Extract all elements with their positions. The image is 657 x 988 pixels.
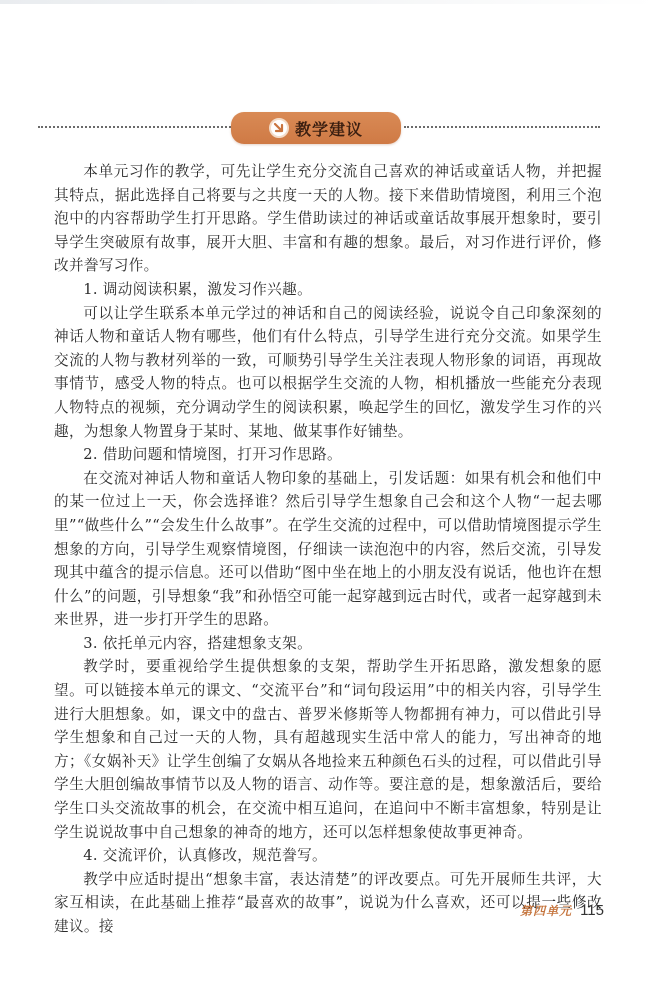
paragraph-3: 教学时，要重视给学生提供想象的支架，帮助学生开拓思路，激发想象的愿望。可以链接本… [54,655,602,844]
dotted-divider-right [404,126,600,128]
subheading-1: 1. 调动阅读积累，激发习作兴趣。 [54,278,602,302]
paragraph-1: 可以让学生联系本单元学过的神话和自己的阅读经验，说说令自己印象深刻的神话人物和童… [54,302,602,444]
page-top-edge [0,0,657,4]
page-footer: 第四单元 115 [520,902,604,919]
page-number: 115 [580,902,604,919]
intro-paragraph: 本单元习作的教学，可先让学生充分交流自己喜欢的神话或童话人物，并把握其特点，据此… [54,160,602,278]
dotted-divider-left [38,126,234,128]
section-badge: 教学建议 [231,112,401,144]
subheading-3: 3. 依托单元内容，搭建想象支架。 [54,632,602,656]
body-content: 本单元习作的教学，可先让学生充分交流自己喜欢的神话或童话人物，并把握其特点，据此… [54,160,602,939]
paragraph-2: 在交流对神话人物和童话人物印象的基础上，引发话题：如果有机会和他们中的某一位过上… [54,467,602,632]
section-title: 教学建议 [295,117,363,140]
section-header: 教学建议 [38,112,600,146]
subheading-4: 4. 交流评价，认真修改，规范誊写。 [54,844,602,868]
arrow-down-right-circle-icon [269,118,289,138]
unit-label: 第四单元 [520,902,572,919]
subheading-2: 2. 借助问题和情境图，打开习作思路。 [54,443,602,467]
